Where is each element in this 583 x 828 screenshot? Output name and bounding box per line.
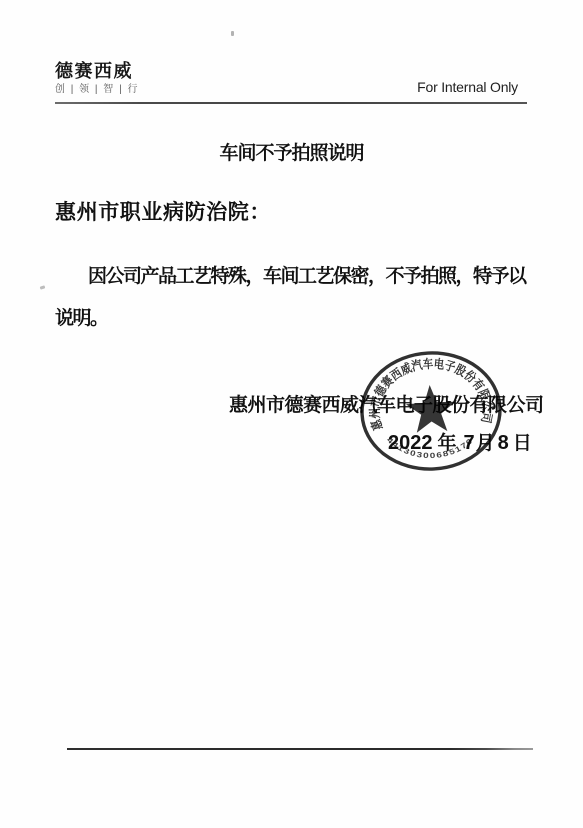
document-title: 车间不予拍照说明: [0, 141, 583, 167]
scan-artifact: [231, 31, 234, 36]
svg-text:44130300685170: 44130300685170: [385, 431, 476, 463]
company-seal-stamp: 惠州市德赛西威汽车电子股份有限公司 44130300685170: [357, 347, 505, 474]
company-logo-tagline: 创 | 领 | 智 | 行: [55, 84, 139, 96]
star-icon: [405, 384, 457, 434]
header-divider: [55, 102, 527, 104]
document-page: 德赛西威 创 | 领 | 智 | 行 For Internal Only 车间不…: [0, 0, 583, 828]
footer-divider: [67, 748, 533, 750]
classification-label: For Internal Only: [417, 78, 518, 96]
company-logo: 德赛西威 创 | 领 | 智 | 行: [55, 60, 139, 96]
body-text-line: 因公司产品工艺特殊，车间工艺保密，不予拍照，特予以: [55, 264, 526, 290]
seal-serial-number: 44130300685170: [385, 431, 476, 463]
date-day-unit: 日: [513, 430, 532, 458]
body-text-line: 说明。: [55, 306, 108, 332]
scan-artifact: [40, 285, 46, 289]
salutation: 惠州市职业病防治院：: [55, 199, 271, 227]
company-logo-text: 德赛西威: [55, 60, 139, 82]
